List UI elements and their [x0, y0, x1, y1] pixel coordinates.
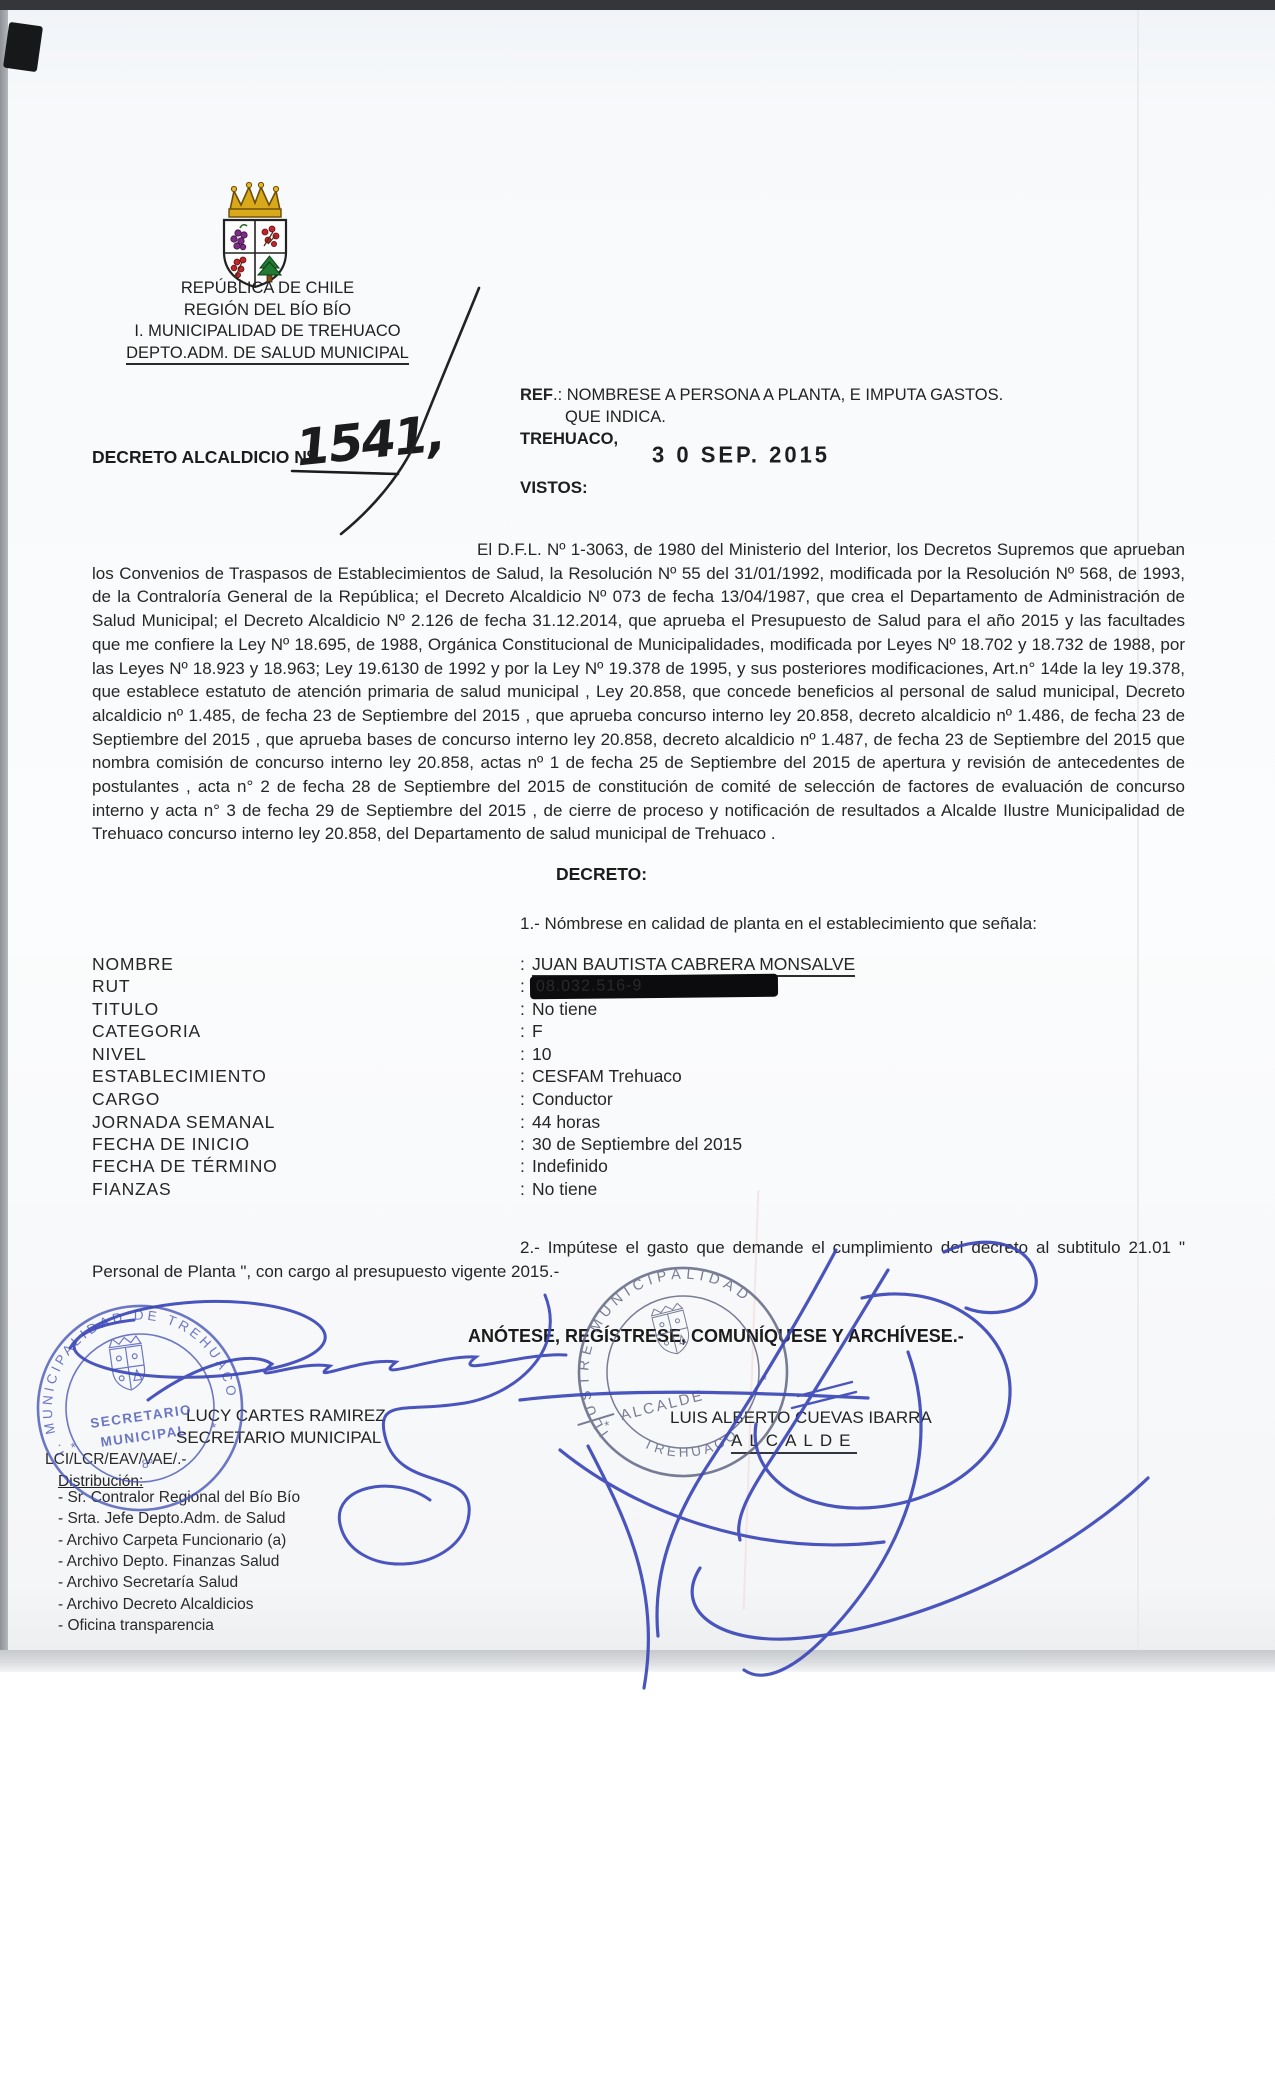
decree-point-2: 2.- Impútese el gasto que demande el cum…: [92, 1236, 1185, 1283]
field-value: Indefinido: [532, 1156, 608, 1177]
place-label: TREHUACO,: [520, 430, 618, 449]
letterhead-country: REPÚBLICA DE CHILE: [95, 278, 440, 300]
decree-title: DECRETO:: [556, 864, 647, 885]
distribution-item: - Srta. Jefe Depto.Adm. de Salud: [58, 1510, 285, 1528]
scanned-decree-page: REPÚBLICA DE CHILE REGIÓN DEL BÍO BÍO I.…: [0, 0, 1275, 2100]
mayor-title: ALCALDE: [731, 1431, 857, 1454]
field-value: JUAN BAUTISTA CABRERA MONSALVE: [532, 954, 855, 977]
field-row-rut: RUT : 08.032.516-9: [0, 976, 1275, 998]
field-row-fecha-inicio: FECHA DE INICIO : 30 de Septiembre del 2…: [0, 1134, 1275, 1156]
distribution-item: - Sr. Contralor Regional del Bío Bío: [58, 1489, 300, 1507]
secretary-title: SECRETARIO MUNICIPAL: [176, 1428, 381, 1448]
field-row-establecimiento: ESTABLECIMIENTO : CESFAM Trehuaco: [0, 1066, 1275, 1088]
field-label: JORNADA SEMANAL: [92, 1112, 275, 1133]
responsibility-initials: LCI/LCR/EAV/VAE/.-: [45, 1451, 187, 1469]
secretary-name: LUCY CARTES RAMIREZ: [186, 1406, 386, 1426]
ref-label: REF: [520, 386, 553, 404]
field-value: F: [532, 1021, 543, 1042]
field-label: FECHA DE INICIO: [92, 1134, 250, 1155]
field-label: FECHA DE TÉRMINO: [92, 1156, 278, 1177]
field-value: 10: [532, 1044, 551, 1065]
field-label: CARGO: [92, 1089, 160, 1110]
decree-number-label: DECRETO ALCALDICIO Nº: [92, 447, 313, 468]
field-row-jornada: JORNADA SEMANAL : 44 horas: [0, 1112, 1275, 1134]
scan-edge-left: [0, 10, 8, 1658]
field-label: ESTABLECIMIENTO: [92, 1066, 267, 1087]
field-value: No tiene: [532, 1179, 597, 1200]
scan-corner-artifact: [3, 22, 43, 72]
date-stamp: 3 0 SEP. 2015: [652, 441, 830, 468]
field-value: Conductor: [532, 1089, 613, 1110]
field-value: CESFAM Trehuaco: [532, 1066, 682, 1087]
closing-formula: ANÓTESE, REGÍSTRESE, COMUNÍQUESE Y ARCHÍ…: [468, 1326, 964, 1347]
distribution-item: - Archivo Decreto Alcaldicios: [58, 1596, 254, 1614]
field-label: FIANZAS: [92, 1179, 172, 1200]
field-row-categoria: CATEGORIA : F: [0, 1021, 1275, 1043]
field-label: NIVEL: [92, 1044, 147, 1065]
field-label: CATEGORIA: [92, 1021, 201, 1042]
field-label: TITULO: [92, 999, 159, 1020]
distribution-item: - Archivo Carpeta Funcionario (a): [58, 1532, 286, 1550]
vistos-paragraph: El D.F.L. Nº 1-3063, de 1980 del Ministe…: [92, 538, 1185, 846]
field-label: RUT: [92, 976, 130, 997]
letterhead-region: REGIÓN DEL BÍO BÍO: [95, 300, 440, 322]
distribution-item: - Oficina transparencia: [58, 1617, 214, 1635]
field-label: NOMBRE: [92, 954, 174, 975]
rut-redaction-bar: 08.032.516-9: [530, 974, 778, 1000]
mayor-name: LUIS ALBERTO CUEVAS IBARRA: [670, 1408, 932, 1428]
field-row-cargo: CARGO : Conductor: [0, 1089, 1275, 1111]
distribution-item: - Archivo Secretaría Salud: [58, 1574, 238, 1592]
field-row-titulo: TITULO : No tiene: [0, 999, 1275, 1021]
scan-edge-top: [0, 0, 1275, 10]
letterhead-department: DEPTO.ADM. DE SALUD MUNICIPAL: [95, 343, 440, 365]
paper-bottom-shadow: [0, 1650, 1275, 1672]
decree-point-1: 1.- Nómbrese en calidad de planta en el …: [520, 914, 1037, 934]
distribution-item: - Archivo Depto. Finanzas Salud: [58, 1553, 279, 1571]
field-value: 30 de Septiembre del 2015: [532, 1134, 742, 1155]
ref-subject-line2: QUE INDICA.: [565, 408, 666, 427]
field-row-fianzas: FIANZAS : No tiene: [0, 1179, 1275, 1201]
vistos-label: VISTOS:: [520, 478, 588, 498]
letterhead-municipality: I. MUNICIPALIDAD DE TREHUACO: [95, 321, 440, 343]
field-row-fecha-termino: FECHA DE TÉRMINO : Indefinido: [0, 1156, 1275, 1178]
field-value: 44 horas: [532, 1112, 600, 1133]
ref-subject-line: REF.: NOMBRESE A PERSONA A PLANTA, E IMP…: [520, 386, 1003, 405]
field-value: No tiene: [532, 999, 597, 1020]
letterhead: REPÚBLICA DE CHILE REGIÓN DEL BÍO BÍO I.…: [95, 278, 440, 364]
field-row-nombre: NOMBRE : JUAN BAUTISTA CABRERA MONSALVE: [0, 954, 1275, 976]
field-row-nivel: NIVEL : 10: [0, 1044, 1275, 1066]
